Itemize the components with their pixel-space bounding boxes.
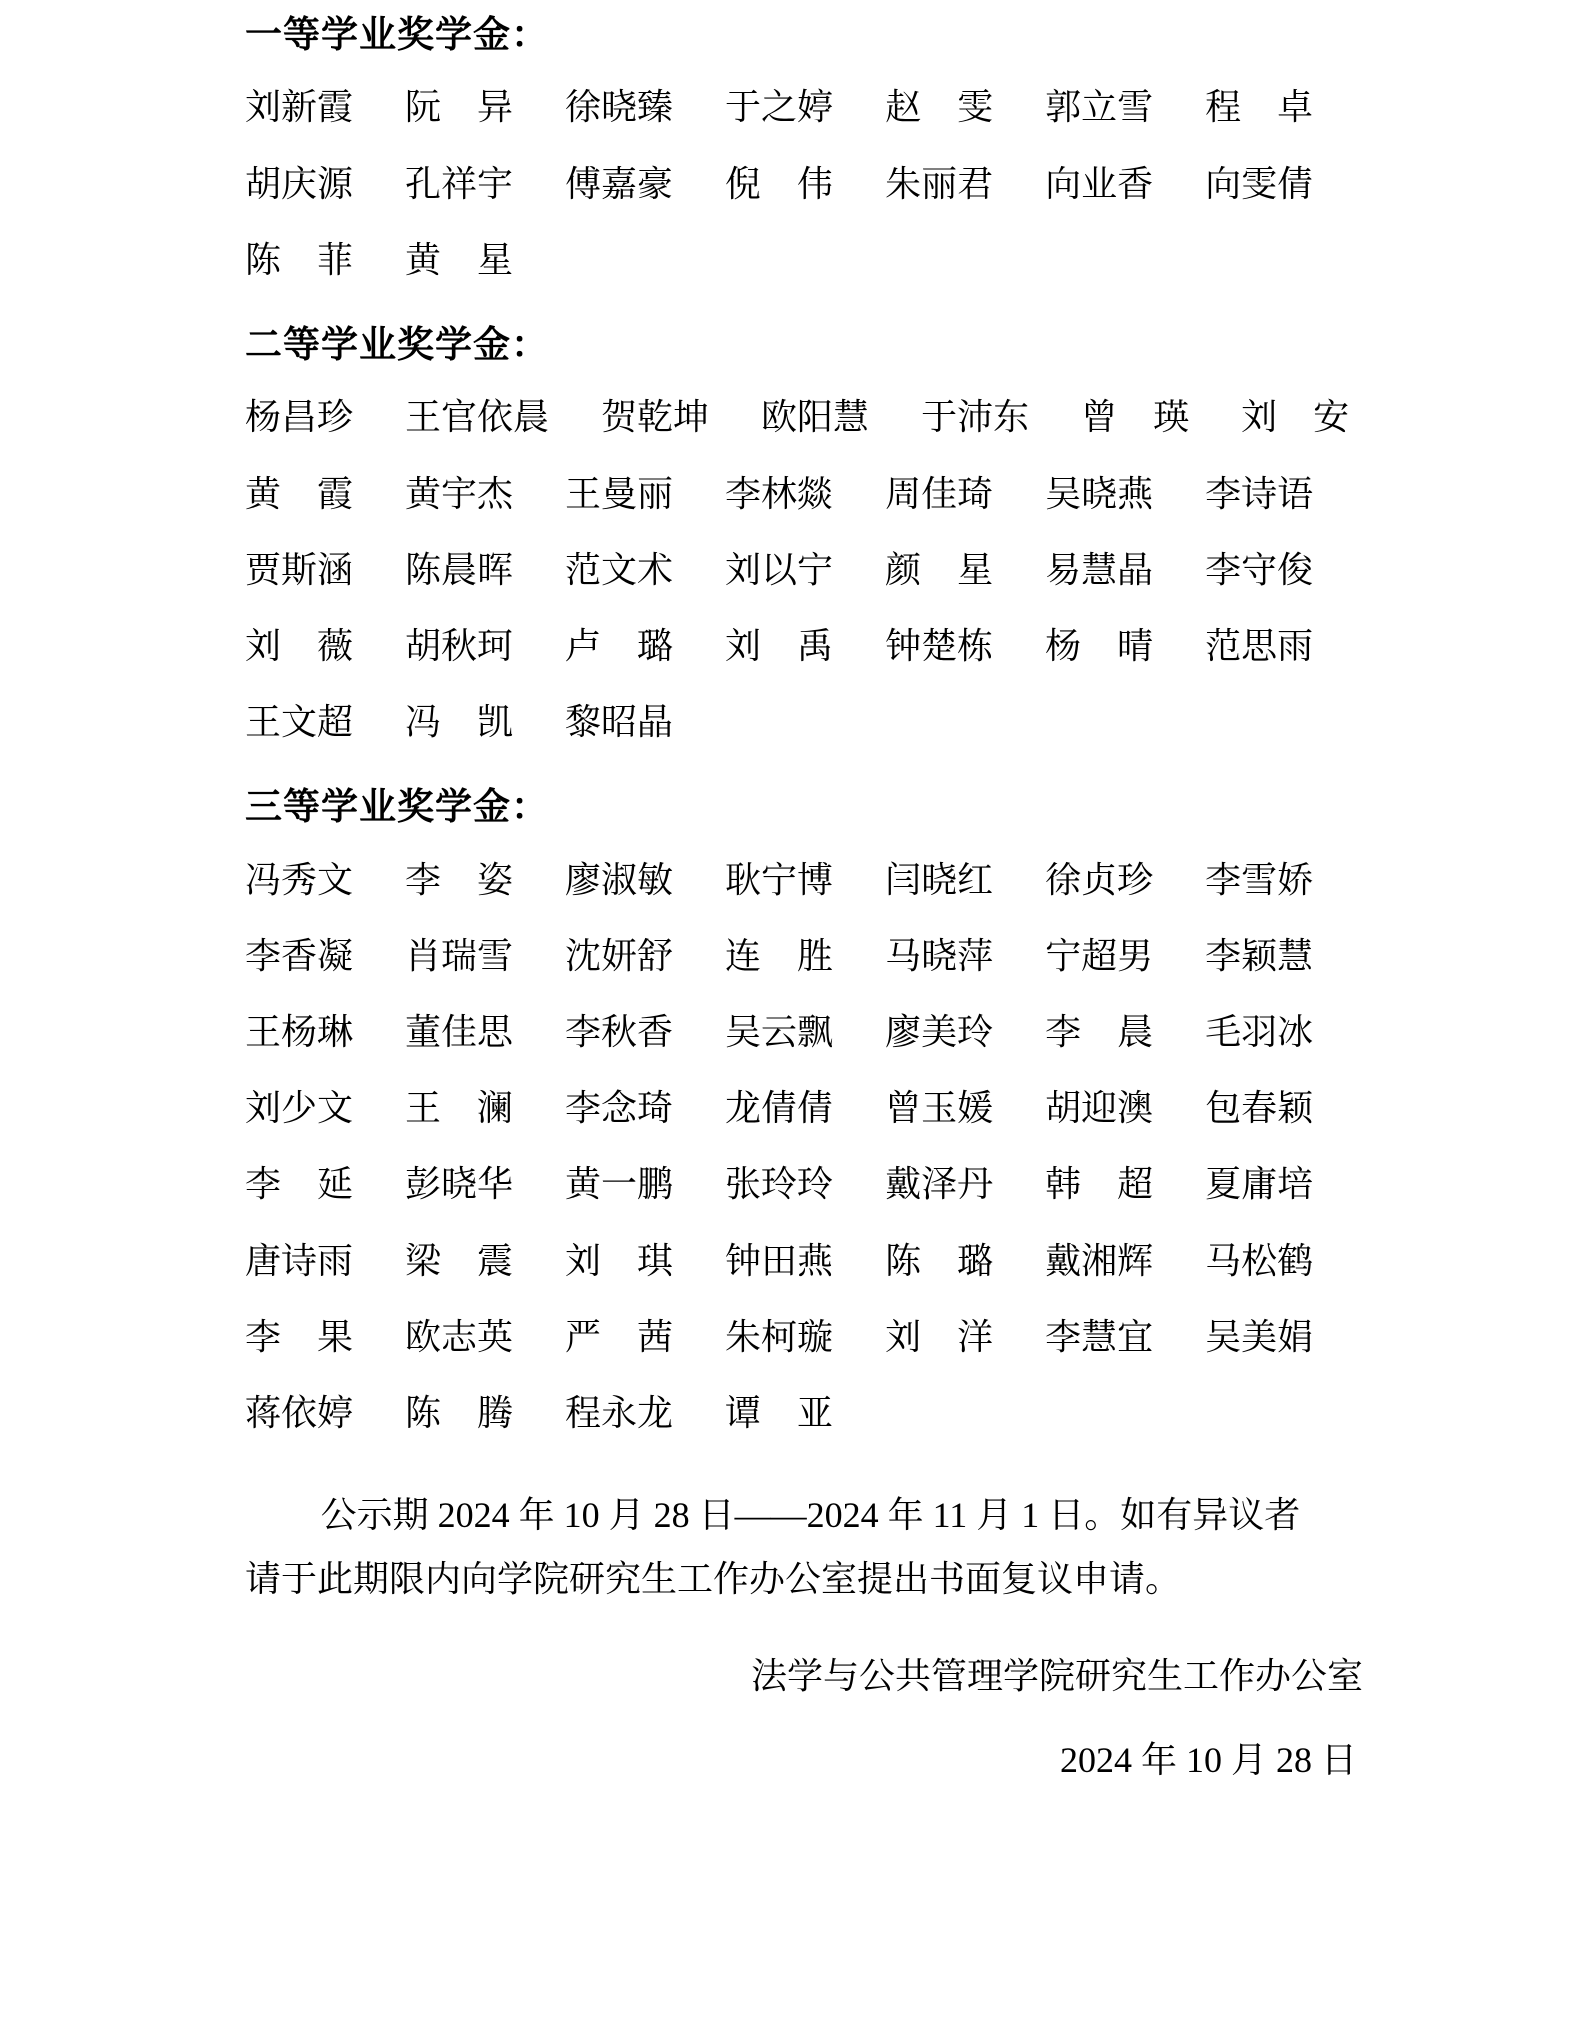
scholarship-sections: 一等学业奖学金：刘新霞阮 异徐晓臻于之婷赵 雯郭立雪程 卓胡庆源孔祥宇傅嘉豪倪 … bbox=[245, 14, 1363, 1435]
recipient-name: 王官依晨 bbox=[405, 396, 549, 439]
recipient-name: 傅嘉豪 bbox=[565, 163, 673, 206]
recipient-name: 欧志英 bbox=[405, 1316, 513, 1359]
recipient-name: 吴晓燕 bbox=[1045, 473, 1153, 516]
recipient-name: 黄一鹏 bbox=[565, 1163, 673, 1206]
name-row: 李香凝肖瑞雪沈妍舒连 胜马晓萍宁超男李颖慧 bbox=[245, 935, 1363, 978]
scholarship-section: 三等学业奖学金：冯秀文李 姿廖淑敏耿宁博闫晓红徐贞珍李雪娇李香凝肖瑞雪沈妍舒连 … bbox=[245, 786, 1363, 1435]
scholarship-section: 二等学业奖学金：杨昌珍王官依晨贺乾坤欧阳慧于沛东曾 瑛刘 安黄 霞黄宇杰王曼丽李… bbox=[245, 324, 1363, 744]
recipient-name: 毛羽冰 bbox=[1205, 1011, 1313, 1054]
recipient-name: 李颖慧 bbox=[1205, 935, 1313, 978]
recipient-name: 陈 腾 bbox=[405, 1392, 513, 1435]
recipient-name: 陈 菲 bbox=[245, 239, 353, 282]
recipient-name: 沈妍舒 bbox=[565, 935, 673, 978]
recipient-name: 彭晓华 bbox=[405, 1163, 513, 1206]
recipient-name: 龙倩倩 bbox=[725, 1087, 833, 1130]
recipient-name: 李 果 bbox=[245, 1316, 353, 1359]
name-row: 王杨琳董佳思李秋香吴云飘廖美玲李 晨毛羽冰 bbox=[245, 1011, 1363, 1054]
recipient-name: 黄 霞 bbox=[245, 473, 353, 516]
recipient-name: 廖美玲 bbox=[885, 1011, 993, 1054]
recipient-name: 李诗语 bbox=[1205, 473, 1313, 516]
recipient-name: 颜 星 bbox=[885, 549, 993, 592]
recipient-name: 张玲玲 bbox=[725, 1163, 833, 1206]
recipient-name: 周佳琦 bbox=[885, 473, 993, 516]
recipient-name: 李秋香 bbox=[565, 1011, 673, 1054]
recipient-name: 李 晨 bbox=[1045, 1011, 1153, 1054]
recipient-name: 向雯倩 bbox=[1205, 163, 1313, 206]
recipient-name: 李林燚 bbox=[725, 473, 833, 516]
recipient-name: 贾斯涵 bbox=[245, 549, 353, 592]
recipient-name: 戴湘辉 bbox=[1045, 1240, 1153, 1283]
recipient-name: 谭 亚 bbox=[725, 1392, 833, 1435]
notice-paragraph: 公示期 2024 年 10 月 28 日——2024 年 11 月 1 日。如有… bbox=[245, 1483, 1363, 1611]
recipient-name: 韩 超 bbox=[1045, 1163, 1153, 1206]
recipient-name: 刘新霞 bbox=[245, 86, 353, 129]
recipient-name: 肖瑞雪 bbox=[405, 935, 513, 978]
name-row: 王文超冯 凯黎昭晶 bbox=[245, 701, 1363, 744]
recipient-name: 程永龙 bbox=[565, 1392, 673, 1435]
recipient-name: 唐诗雨 bbox=[245, 1240, 353, 1283]
recipient-name: 刘 洋 bbox=[885, 1316, 993, 1359]
recipient-name: 廖淑敏 bbox=[565, 859, 673, 902]
name-row: 刘新霞阮 异徐晓臻于之婷赵 雯郭立雪程 卓 bbox=[245, 86, 1363, 129]
recipient-name: 严 茜 bbox=[565, 1316, 673, 1359]
recipient-name: 于之婷 bbox=[725, 86, 833, 129]
recipient-name: 李念琦 bbox=[565, 1087, 673, 1130]
recipient-name: 曾玉媛 bbox=[885, 1087, 993, 1130]
name-row: 唐诗雨梁 震刘 琪钟田燕陈 璐戴湘辉马松鹤 bbox=[245, 1240, 1363, 1283]
name-row: 刘少文王 澜李念琦龙倩倩曾玉媛胡迎澳包春颖 bbox=[245, 1087, 1363, 1130]
name-row: 李 延彭晓华黄一鹏张玲玲戴泽丹韩 超夏庸培 bbox=[245, 1163, 1363, 1206]
recipient-name: 于沛东 bbox=[921, 396, 1029, 439]
name-row: 贾斯涵陈晨晖范文术刘以宁颜 星易慧晶李守俊 bbox=[245, 549, 1363, 592]
recipient-name: 李雪娇 bbox=[1205, 859, 1313, 902]
recipient-name: 郭立雪 bbox=[1045, 86, 1153, 129]
recipient-name: 董佳思 bbox=[405, 1011, 513, 1054]
recipient-name: 贺乾坤 bbox=[601, 396, 709, 439]
notice-line-1: 公示期 2024 年 10 月 28 日——2024 年 11 月 1 日。如有… bbox=[245, 1483, 1363, 1547]
recipient-name: 王杨琳 bbox=[245, 1011, 353, 1054]
section-title: 一等学业奖学金： bbox=[245, 14, 1363, 58]
recipient-name: 胡秋珂 bbox=[405, 625, 513, 668]
recipient-name: 宁超男 bbox=[1045, 935, 1153, 978]
recipient-name: 倪 伟 bbox=[725, 163, 833, 206]
recipient-name: 易慧晶 bbox=[1045, 549, 1153, 592]
recipient-name: 陈 璐 bbox=[885, 1240, 993, 1283]
recipient-name: 黄 星 bbox=[405, 239, 513, 282]
document-page: 一等学业奖学金：刘新霞阮 异徐晓臻于之婷赵 雯郭立雪程 卓胡庆源孔祥宇傅嘉豪倪 … bbox=[0, 0, 1588, 2039]
recipient-name: 吴云飘 bbox=[725, 1011, 833, 1054]
recipient-name: 朱丽君 bbox=[885, 163, 993, 206]
recipient-name: 夏庸培 bbox=[1205, 1163, 1313, 1206]
recipient-name: 王文超 bbox=[245, 701, 353, 744]
recipient-name: 向业香 bbox=[1045, 163, 1153, 206]
name-row: 李 果欧志英严 茜朱柯璇刘 洋李慧宜吴美娟 bbox=[245, 1316, 1363, 1359]
recipient-name: 刘 琪 bbox=[565, 1240, 673, 1283]
recipient-name: 闫晓红 bbox=[885, 859, 993, 902]
recipient-name: 戴泽丹 bbox=[885, 1163, 993, 1206]
name-row: 杨昌珍王官依晨贺乾坤欧阳慧于沛东曾 瑛刘 安 bbox=[245, 396, 1363, 439]
notice-line-2: 请于此期限内向学院研究生工作办公室提出书面复议申请。 bbox=[245, 1547, 1363, 1611]
recipient-name: 黎昭晶 bbox=[565, 701, 673, 744]
recipient-name: 徐晓臻 bbox=[565, 86, 673, 129]
recipient-name: 徐贞珍 bbox=[1045, 859, 1153, 902]
recipient-name: 朱柯璇 bbox=[725, 1316, 833, 1359]
recipient-name: 李 姿 bbox=[405, 859, 513, 902]
recipient-name: 卢 璐 bbox=[565, 625, 673, 668]
recipient-name: 李香凝 bbox=[245, 935, 353, 978]
date-line: 2024 年 10 月 28 日 bbox=[245, 1739, 1363, 1782]
recipient-name: 刘少文 bbox=[245, 1087, 353, 1130]
name-row: 蒋依婷陈 腾程永龙谭 亚 bbox=[245, 1392, 1363, 1435]
recipient-name: 杨昌珍 bbox=[245, 396, 353, 439]
signature-line: 法学与公共管理学院研究生工作办公室 bbox=[245, 1655, 1363, 1698]
recipient-name: 刘 薇 bbox=[245, 625, 353, 668]
name-row: 陈 菲黄 星 bbox=[245, 239, 1363, 282]
recipient-name: 李 延 bbox=[245, 1163, 353, 1206]
recipient-name: 吴美娟 bbox=[1205, 1316, 1313, 1359]
recipient-name: 刘以宁 bbox=[725, 549, 833, 592]
recipient-name: 王 澜 bbox=[405, 1087, 513, 1130]
recipient-name: 钟楚栋 bbox=[885, 625, 993, 668]
recipient-name: 范思雨 bbox=[1205, 625, 1313, 668]
recipient-name: 蒋依婷 bbox=[245, 1392, 353, 1435]
recipient-name: 马松鹤 bbox=[1205, 1240, 1313, 1283]
recipient-name: 刘 安 bbox=[1241, 396, 1349, 439]
recipient-name: 王曼丽 bbox=[565, 473, 673, 516]
recipient-name: 刘 禹 bbox=[725, 625, 833, 668]
section-title: 二等学业奖学金： bbox=[245, 324, 1363, 368]
recipient-name: 范文术 bbox=[565, 549, 673, 592]
recipient-name: 程 卓 bbox=[1205, 86, 1313, 129]
recipient-name: 孔祥宇 bbox=[405, 163, 513, 206]
name-row: 刘 薇胡秋珂卢 璐刘 禹钟楚栋杨 晴范思雨 bbox=[245, 625, 1363, 668]
recipient-name: 胡迎澳 bbox=[1045, 1087, 1153, 1130]
scholarship-section: 一等学业奖学金：刘新霞阮 异徐晓臻于之婷赵 雯郭立雪程 卓胡庆源孔祥宇傅嘉豪倪 … bbox=[245, 14, 1363, 282]
recipient-name: 曾 瑛 bbox=[1081, 396, 1189, 439]
recipient-name: 梁 震 bbox=[405, 1240, 513, 1283]
recipient-name: 冯秀文 bbox=[245, 859, 353, 902]
name-row: 胡庆源孔祥宇傅嘉豪倪 伟朱丽君向业香向雯倩 bbox=[245, 163, 1363, 206]
recipient-name: 李慧宜 bbox=[1045, 1316, 1153, 1359]
recipient-name: 冯 凯 bbox=[405, 701, 513, 744]
recipient-name: 马晓萍 bbox=[885, 935, 993, 978]
recipient-name: 阮 异 bbox=[405, 86, 513, 129]
recipient-name: 包春颖 bbox=[1205, 1087, 1313, 1130]
recipient-name: 黄宇杰 bbox=[405, 473, 513, 516]
recipient-name: 胡庆源 bbox=[245, 163, 353, 206]
name-row: 黄 霞黄宇杰王曼丽李林燚周佳琦吴晓燕李诗语 bbox=[245, 473, 1363, 516]
name-row: 冯秀文李 姿廖淑敏耿宁博闫晓红徐贞珍李雪娇 bbox=[245, 859, 1363, 902]
recipient-name: 赵 雯 bbox=[885, 86, 993, 129]
recipient-name: 欧阳慧 bbox=[761, 396, 869, 439]
recipient-name: 耿宁博 bbox=[725, 859, 833, 902]
recipient-name: 陈晨晖 bbox=[405, 549, 513, 592]
recipient-name: 杨 晴 bbox=[1045, 625, 1153, 668]
recipient-name: 连 胜 bbox=[725, 935, 833, 978]
section-title: 三等学业奖学金： bbox=[245, 786, 1363, 830]
recipient-name: 钟田燕 bbox=[725, 1240, 833, 1283]
recipient-name: 李守俊 bbox=[1205, 549, 1313, 592]
